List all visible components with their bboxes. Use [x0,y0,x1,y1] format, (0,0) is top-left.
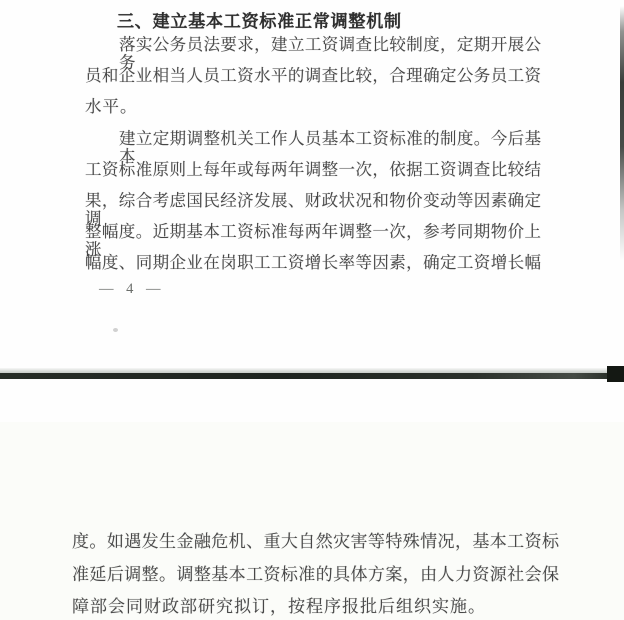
text-line: 准延后调整。调整基本工资标准的具体方案，由人力资源社会保 [72,565,559,584]
scanned-document: 三、建立基本工资标准正常调整机制 落实公务员法要求，建立工资调查比较制度，定期开… [0,0,624,620]
text-line: 障部会同财政部研究拟订，按程序报批后组织实施。 [72,597,559,616]
text-line: 度。如遇发生金融危机、重大自然灾害等特殊情况，基本工资标 [72,532,559,551]
page-5-text-column: 度。如遇发生金融危机、重大自然灾害等特殊情况，基本工资标 准延后调整。调整基本工… [72,0,559,620]
scan-gutter-corner [607,366,624,382]
scan-edge-shadow [620,6,624,261]
